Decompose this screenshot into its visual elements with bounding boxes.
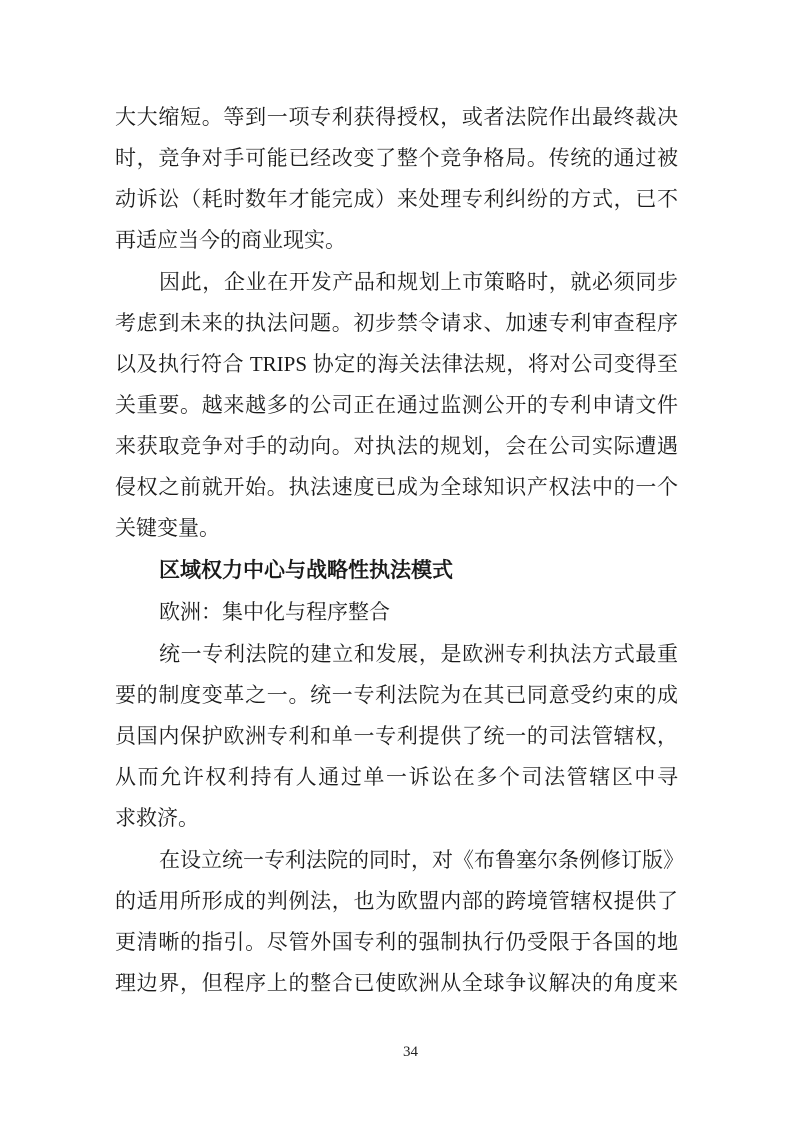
text-line: 关重要。越来越多的公司正在通过监测公开的专利申请文件	[115, 385, 678, 426]
text-line: 员国内保护欧洲专利和单一专利提供了统一的司法管辖权，	[115, 716, 678, 757]
subsection-heading-text: 欧洲：集中化与程序整合	[115, 592, 678, 633]
text-line: 因此，企业在开发产品和规划上市策略时，就必须同步	[115, 262, 678, 303]
text-line: 求救济。	[115, 798, 678, 839]
paragraph: 因此，企业在开发产品和规划上市策略时，就必须同步 考虑到未来的执法问题。初步禁令…	[115, 262, 678, 549]
text-line: 统一专利法院的建立和发展，是欧洲专利执法方式最重	[115, 634, 678, 675]
text-line: 动诉讼（耗时数年才能完成）来处理专利纠纷的方式，已不	[115, 179, 678, 220]
text-line: 来获取竞争对手的动向。对执法的规划，会在公司实际遭遇	[115, 426, 678, 467]
text-line: 关键变量。	[115, 508, 678, 549]
document-page: 大大缩短。等到一项专利获得授权，或者法院作出最终裁决 时，竞争对手可能已经改变了…	[0, 0, 793, 1122]
text-line: 要的制度变革之一。统一专利法院为在其已同意受约束的成	[115, 675, 678, 716]
text-line: 考虑到未来的执法问题。初步禁令请求、加速专利审查程序	[115, 303, 678, 344]
section-heading: 区域权力中心与战略性执法模式	[115, 550, 678, 591]
text-line: 侵权之前就开始。执法速度已成为全球知识产权法中的一个	[115, 467, 678, 508]
text-line: 再适应当今的商业现实。	[115, 220, 678, 261]
paragraph: 统一专利法院的建立和发展，是欧洲专利执法方式最重 要的制度变革之一。统一专利法院…	[115, 634, 678, 839]
text-line: 以及执行符合 TRIPS 协定的海关法律法规，将对公司变得至	[115, 344, 678, 385]
text-line: 时，竞争对手可能已经改变了整个竞争格局。传统的通过被	[115, 138, 678, 179]
page-body-text: 大大缩短。等到一项专利获得授权，或者法院作出最终裁决 时，竞争对手可能已经改变了…	[115, 97, 678, 1005]
text-line: 从而允许权利持有人通过单一诉讼在多个司法管辖区中寻	[115, 757, 678, 798]
text-line: 在设立统一专利法院的同时，对《布鲁塞尔条例修订版》	[115, 840, 678, 881]
subsection-heading: 欧洲：集中化与程序整合	[115, 592, 678, 633]
section-heading-text: 区域权力中心与战略性执法模式	[115, 550, 678, 591]
page-number: 34	[0, 1042, 793, 1062]
text-line: 更清晰的指引。尽管外国专利的强制执行仍受限于各国的地	[115, 922, 678, 963]
paragraph: 在设立统一专利法院的同时，对《布鲁塞尔条例修订版》 的适用所形成的判例法，也为欧…	[115, 840, 678, 1004]
paragraph: 大大缩短。等到一项专利获得授权，或者法院作出最终裁决 时，竞争对手可能已经改变了…	[115, 97, 678, 261]
text-line: 的适用所形成的判例法，也为欧盟内部的跨境管辖权提供了	[115, 881, 678, 922]
text-line: 理边界，但程序上的整合已使欧洲从全球争议解决的角度来	[115, 963, 678, 1004]
text-line: 大大缩短。等到一项专利获得授权，或者法院作出最终裁决	[115, 97, 678, 138]
